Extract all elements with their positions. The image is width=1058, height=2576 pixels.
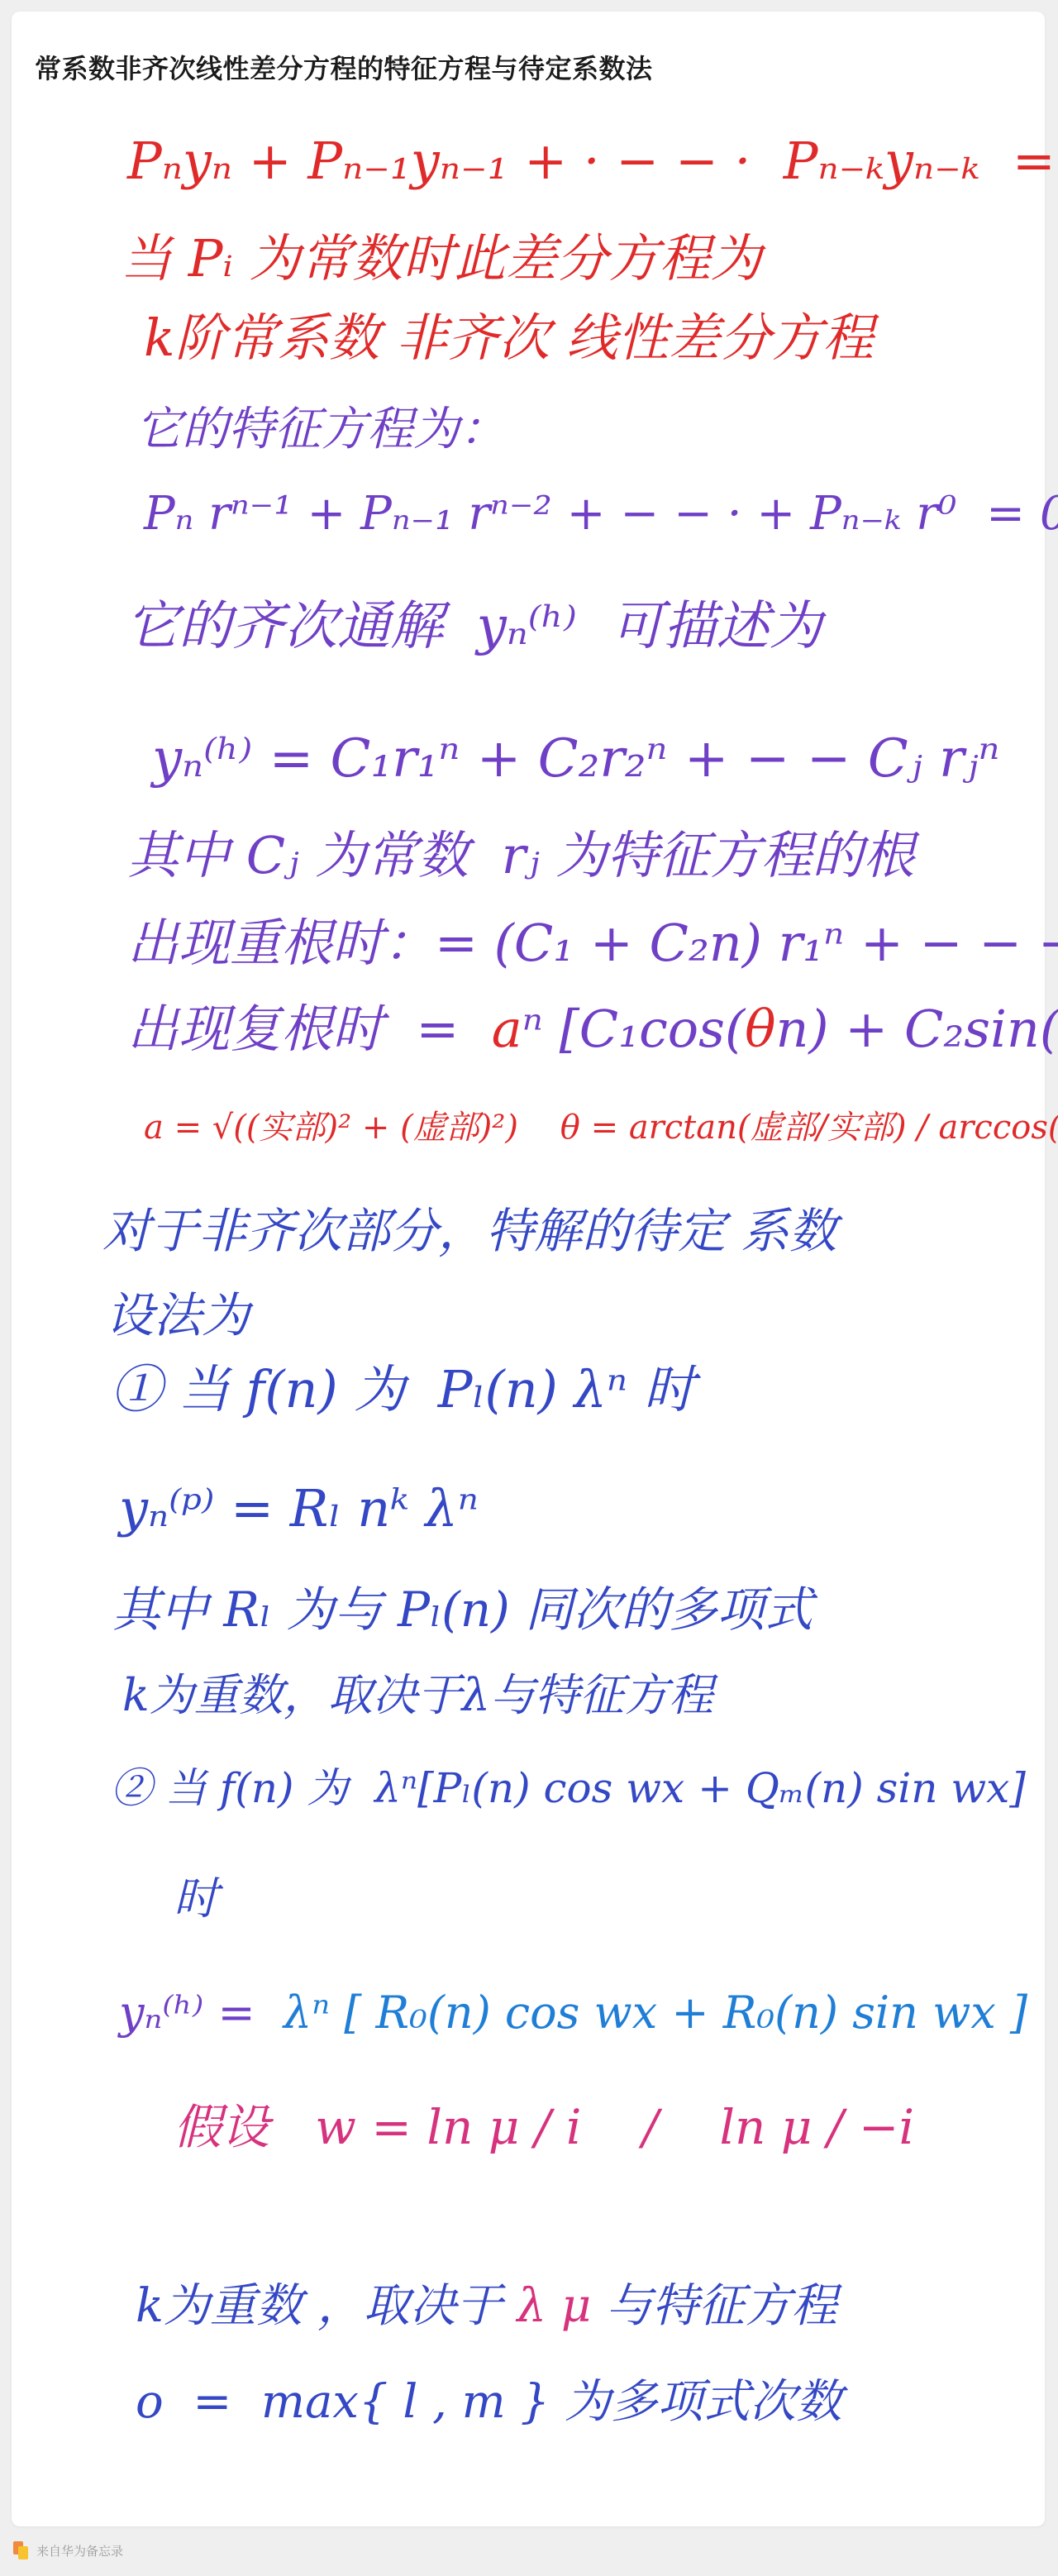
- footer-source-label: 来自华为备忘录: [36, 2542, 123, 2559]
- handwriting-line-nonhomog-label: 对于非齐次部分，特解的待定 系数: [102, 1207, 836, 1255]
- handwriting-line-o-max: o = max{ l , m } 为多项式次数: [136, 2379, 842, 2426]
- handwriting-line-k-order: k阶常系数 非齐次 线性差分方程: [144, 312, 874, 364]
- footer-source: 来自华为备忘录: [13, 2538, 123, 2563]
- handwriting-line-method-label: 设法为: [106, 1291, 250, 1339]
- note-card: 常系数非齐次线性差分方程的特征方程与待定系数法 Pₙyₙ + Pₙ₋₁yₙ₋₁ …: [12, 12, 1045, 2526]
- handwriting-line-case2-when: 时: [174, 1877, 218, 1921]
- handwriting-line-k-multiplicity: k为重数 ，取决于 λ μ 与特征方程: [136, 2283, 837, 2330]
- handwriting-line-when-pi: 当 Pᵢ 为常数时此差分方程为: [121, 233, 762, 284]
- handwriting-line-assume: 假设 w = ln μ / i / ln μ / −i: [174, 2103, 914, 2151]
- handwriting-line-a-theta-def: a = √((实部)² + (虚部)²) θ = arctan(虚部/实部) /…: [144, 1111, 1058, 1144]
- handwriting-line-char-eq-label: 它的特征方程为：: [136, 407, 506, 453]
- huawei-notes-icon: [13, 2541, 28, 2559]
- handwriting-line-homog-label: 它的齐次通解 yₙ⁽ʰ⁾ 可描述为: [126, 600, 822, 653]
- note-title: 常系数非齐次线性差分方程的特征方程与待定系数法: [35, 48, 653, 86]
- handwriting-line-case1: ① 当 f(n) 为 Pₗ(n) λⁿ 时: [111, 1364, 695, 1415]
- handwriting-line-case1-rl: 其中 Rₗ 为与 Pₗ(n) 同次的多项式: [112, 1586, 813, 1634]
- handwriting-line-complex-root: 出现复根时 = aⁿ [C₁cos(θn) + C₂sin(θn)]: [127, 1004, 1058, 1055]
- handwriting-line-case1-k: k为重数，取决于λ与特征方程: [122, 1673, 713, 1718]
- handwriting-line-char-eq: Pₙ rⁿ⁻¹ + Pₙ₋₁ rⁿ⁻² + − − · + Pₙ₋ₖ r⁰ = …: [144, 491, 1058, 537]
- handwriting-line-where-cj: 其中 Cⱼ 为常数 rⱼ 为特征方程的根: [127, 830, 914, 881]
- handwriting-line-homog-sol: yₙ⁽ʰ⁾ = C₁r₁ⁿ + C₂r₂ⁿ + − − Cⱼ rⱼⁿ: [152, 732, 999, 785]
- handwriting-line-eq-main: Pₙyₙ + Pₙ₋₁yₙ₋₁ + · − − · Pₙ₋ₖyₙ₋ₖ = f(n…: [127, 136, 1058, 187]
- handwriting-line-case2-sol: yₙ⁽ʰ⁾ = λⁿ [ R₀(n) cos wx + R₀(n) sin wx…: [119, 1991, 1027, 2035]
- handwriting-line-case2: ② 当 f(n) 为 λⁿ[Pₗ(n) cos wx + Qₘ(n) sin w…: [111, 1767, 1026, 1809]
- handwriting-line-repeated-root: 出现重根时：= (C₁ + C₂n) r₁ⁿ + − − −: [127, 918, 1058, 969]
- handwriting-line-case1-sol: yₙ⁽ᵖ⁾ = Rₗ nᵏ λⁿ: [119, 1483, 479, 1534]
